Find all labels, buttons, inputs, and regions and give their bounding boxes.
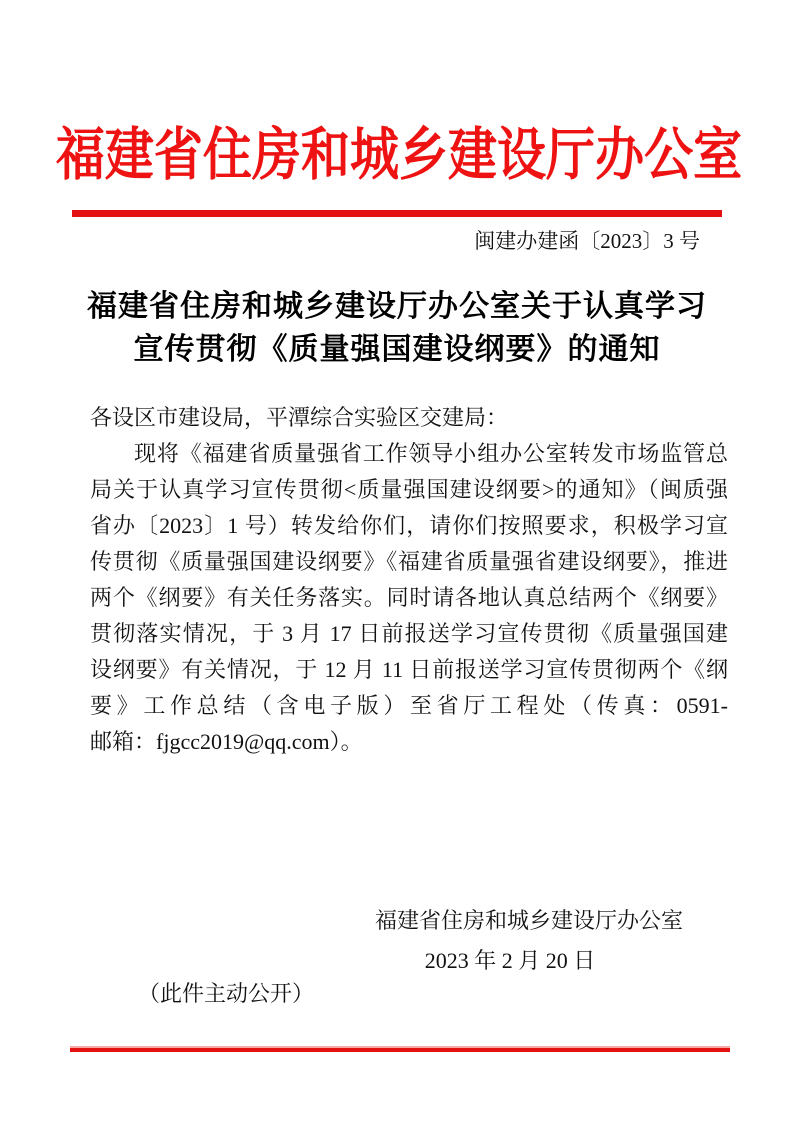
disclosure-note: （此件主动公开） [138, 978, 314, 1010]
body-line: 局关于认真学习宣传贯彻<质量强国建设纲要>的通知》（闽质强 [90, 472, 728, 508]
notice-title-line-2: 宣传贯彻《质量强国建设纲要》的通知 [0, 328, 794, 371]
body-line: 贯彻落实情况，于 3 月 17 日前报送学习宣传贯彻《质量强国建 [90, 616, 728, 652]
notice-title: 福建省住房和城乡建设厅办公室关于认真学习 宣传贯彻《质量强国建设纲要》的通知 [0, 285, 794, 371]
body-line: 邮箱：fjgcc2019@qq.com）。 [90, 724, 728, 760]
footer-divider-rule [70, 1046, 730, 1052]
body-line: 两个《纲要》有关任务落实。同时请各地认真总结两个《纲要》 [90, 580, 728, 616]
notice-title-line-1: 福建省住房和城乡建设厅办公室关于认真学习 [0, 285, 794, 328]
body-line: 传贯彻《质量强国建设纲要》《福建省质量强省建设纲要》，推进 [90, 544, 728, 580]
body-line: 现将《福建省质量强省工作领导小组办公室转发市场监管总 [90, 436, 728, 472]
body-line: 要》工作总结（含电子版）至省厅工程处（传真：0591-87601285， [90, 688, 728, 724]
salutation-line: 各设区市建设局，平潭综合实验区交建局： [90, 400, 728, 436]
signature-org: 福建省住房和城乡建设厅办公室 [375, 905, 679, 937]
footer-rule-thick-line [70, 1048, 730, 1052]
header-divider-rule [72, 210, 722, 217]
notice-body: 各设区市建设局，平潭综合实验区交建局： 现将《福建省质量强省工作领导小组办公室转… [90, 400, 728, 760]
body-line: 设纲要》有关情况，于 12 月 11 日前报送学习宣传贯彻两个《纲 [90, 652, 728, 688]
body-line: 省办〔2023〕1 号）转发给你们，请你们按照要求，积极学习宣 [90, 508, 728, 544]
official-notice-page: 福建省住房和城乡建设厅办公室 闽建办建函〔2023〕3 号 福建省住房和城乡建设… [0, 0, 794, 1123]
letterhead-banner: 福建省住房和城乡建设厅办公室 [0, 118, 794, 192]
letterhead-banner-text: 福建省住房和城乡建设厅办公室 [56, 118, 742, 192]
document-number: 闽建办建函〔2023〕3 号 [474, 226, 700, 256]
signature-date: 2023 年 2 月 20 日 [355, 945, 665, 977]
